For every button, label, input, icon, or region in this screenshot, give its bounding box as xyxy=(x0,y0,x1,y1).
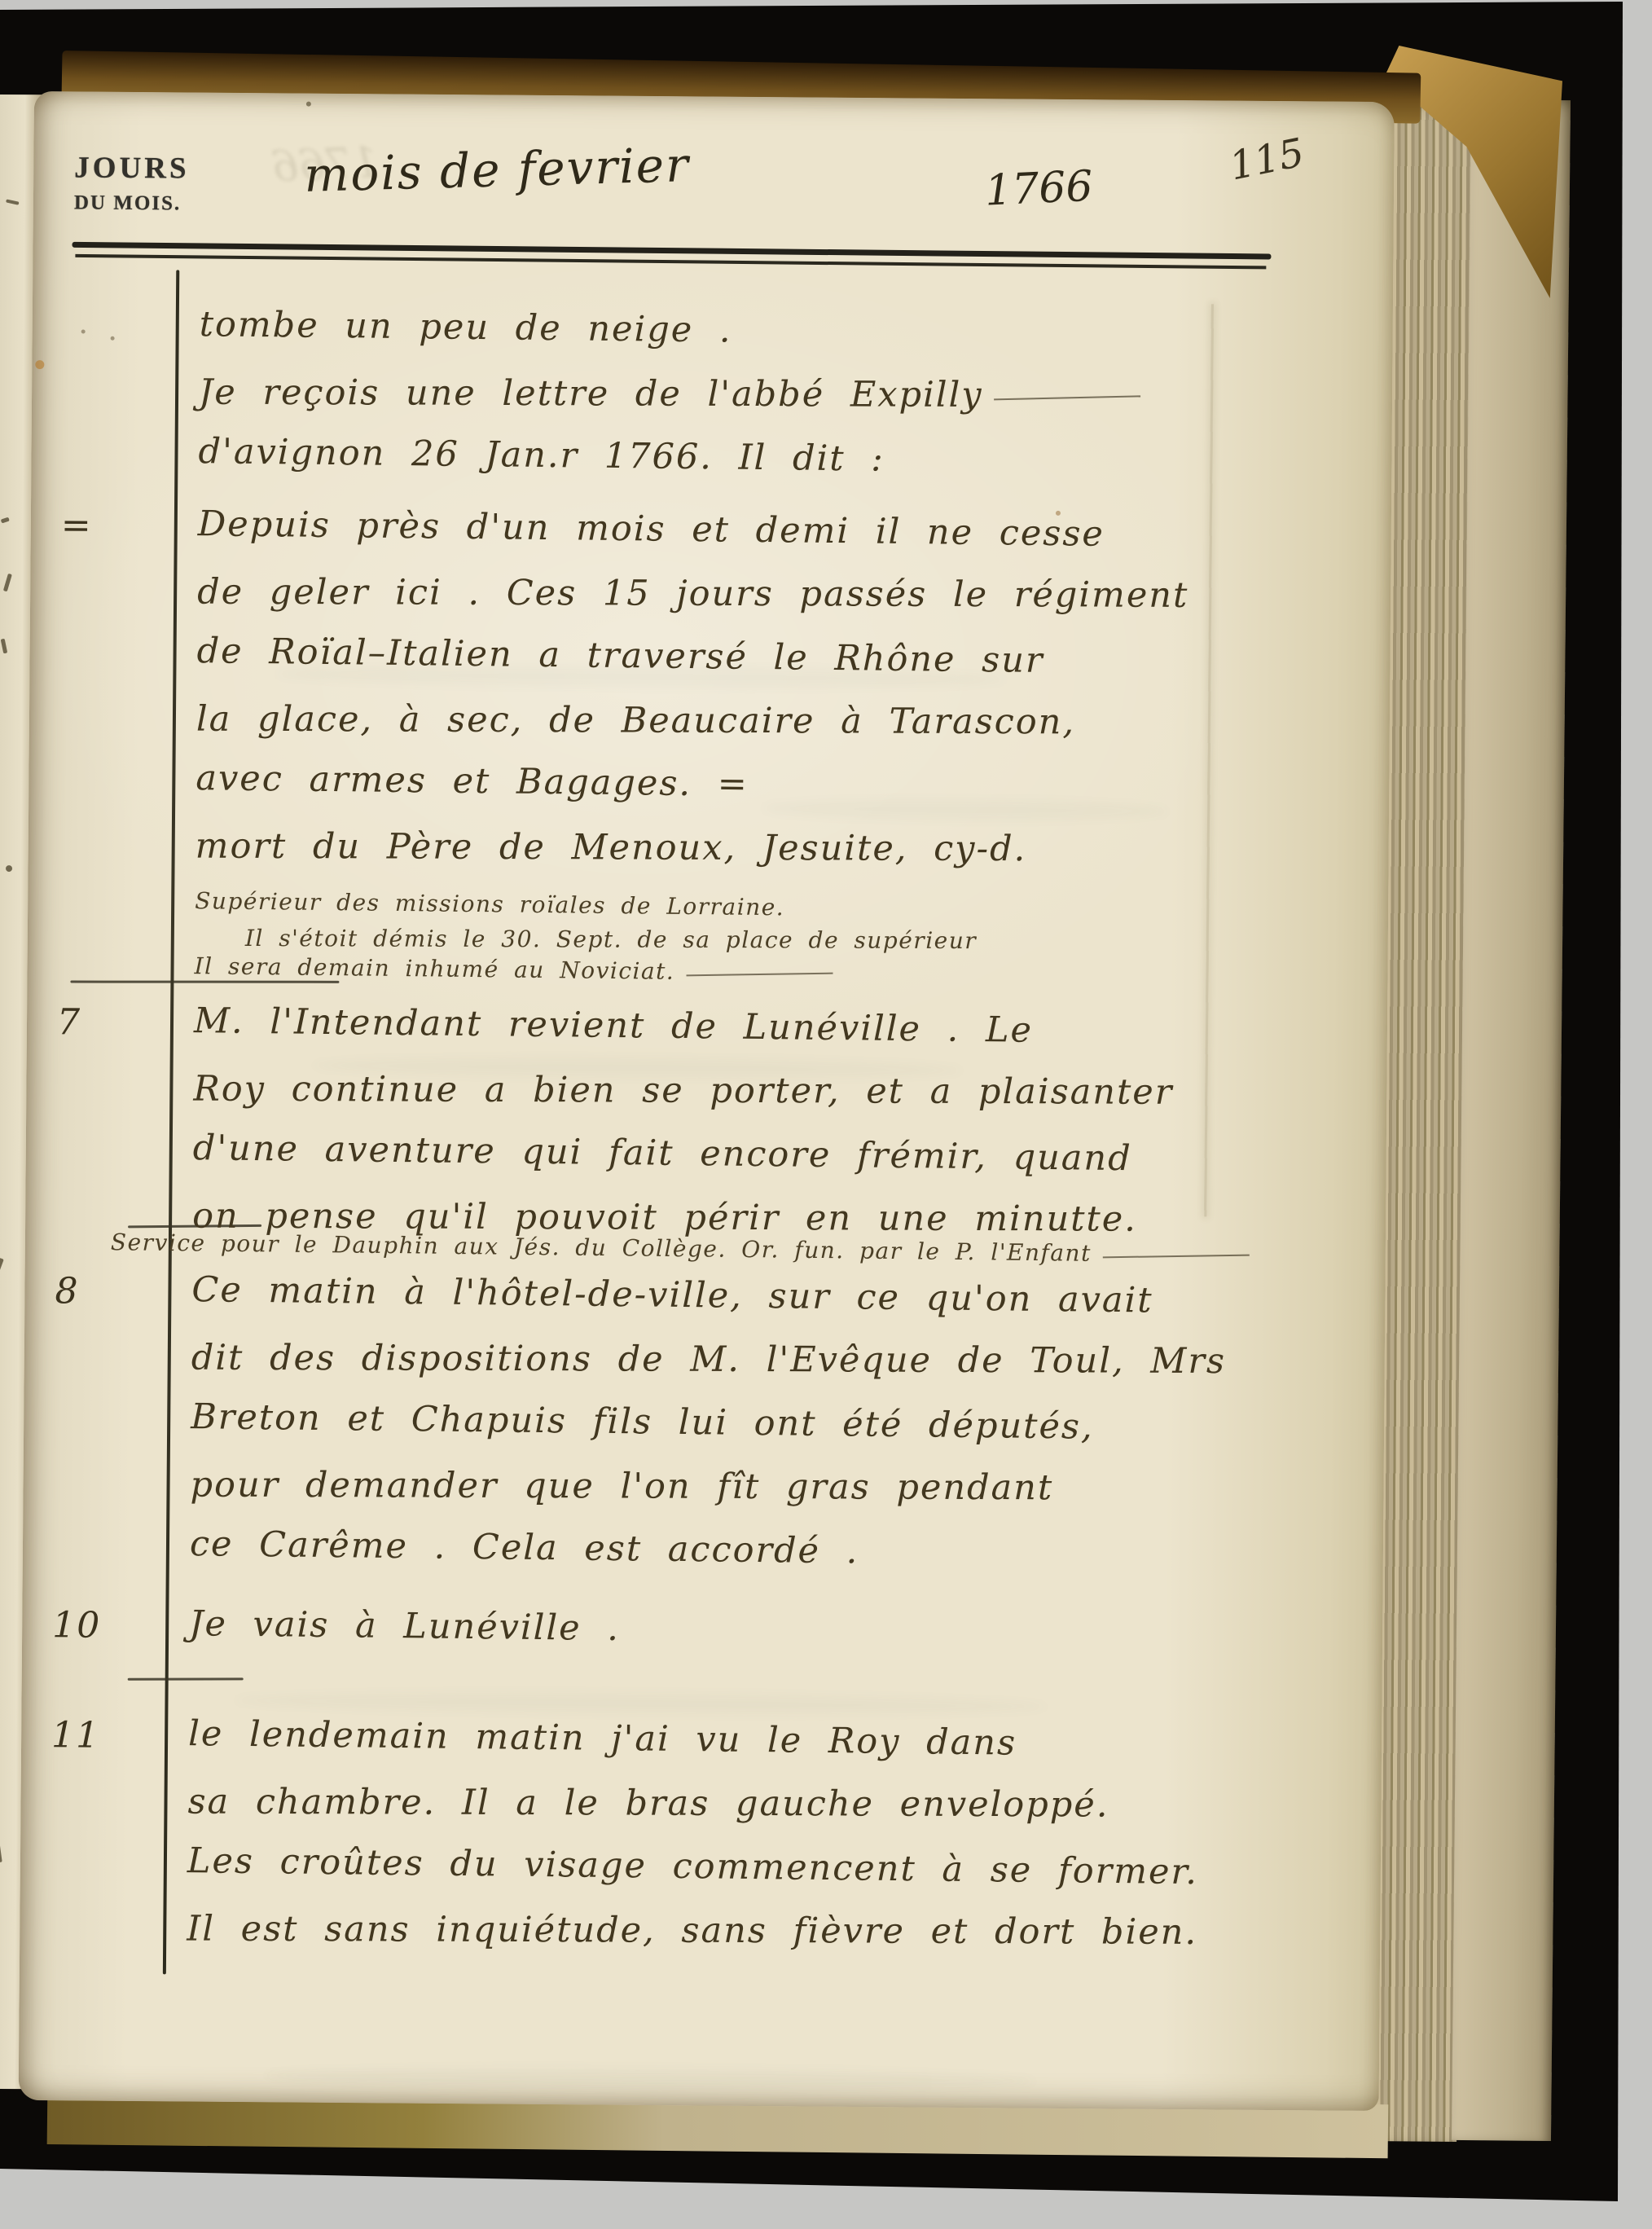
manuscript-line: de geler ici . Ces 15 jours passés le ré… xyxy=(197,561,1338,628)
manuscript-line: Depuis près d'un mois et demi il ne cess… xyxy=(197,492,1338,569)
year-label: 1766 xyxy=(984,162,1094,216)
manuscript-line: Je reçois une lettre de l'abbé Expilly xyxy=(199,361,1339,429)
manuscript-line: pour demander que l'on fît gras pendant xyxy=(190,1453,1330,1521)
manuscript-line: M. l'Intendant revient de Lunéville . Le xyxy=(194,989,1335,1066)
ink-dot xyxy=(81,329,86,333)
ink-trace xyxy=(0,1258,4,1279)
manuscript-line: de Roïal–Italien a traversé le Rhône sur xyxy=(196,619,1338,696)
manuscript-line: Les croûtes du visage commencent à se fo… xyxy=(187,1829,1329,1906)
manuscript-line: Roy continue a bien se porter, et a plai… xyxy=(193,1057,1333,1125)
manuscript-line: le lendemain matin j'ai vu le Roy dans xyxy=(188,1702,1329,1778)
manuscript-line: Ce matin à l'hôtel-de-ville, sur ce qu'o… xyxy=(191,1258,1333,1334)
ink-trace xyxy=(0,1838,2,1863)
book-scan: JOURS DU MOIS. 1766 mois de fevrier 1766… xyxy=(0,0,1652,2229)
ink-trace xyxy=(6,199,19,204)
foxing-spot xyxy=(35,360,44,369)
journal-entry: tombe un peu de neige .Je reçois une let… xyxy=(198,295,1340,495)
manuscript-line: sa chambre. Il a le bras gauche envelopp… xyxy=(187,1770,1328,1838)
manuscript-line: ce Carême . Cela est accordé . xyxy=(190,1512,1331,1589)
page-number: 115 xyxy=(1226,130,1308,189)
journal-entry: 11le lendemain matin j'ai vu le Roy dans… xyxy=(187,1704,1329,1967)
day-number: 10 xyxy=(52,1604,130,1646)
printed-header: JOURS DU MOIS. xyxy=(74,150,190,215)
showthrough-blob xyxy=(263,2064,1037,2091)
day-number: 11 xyxy=(51,1714,129,1756)
manuscript-line: dit des dispositions de M. l'Evêque de T… xyxy=(191,1326,1332,1394)
manuscript-line: la glace, à sec, de Beaucaire à Tarascon… xyxy=(196,688,1337,755)
ink-trace xyxy=(1,517,10,524)
ink-dot xyxy=(111,336,115,341)
printed-header-line1: JOURS xyxy=(74,150,190,186)
journal-entry: =Depuis près d'un mois et demi il ne ces… xyxy=(194,495,1338,994)
manuscript-line: d'une aventure qui fait encore frémir, q… xyxy=(192,1116,1333,1193)
manuscript-line: Breton et Chapuis fils lui ont été déput… xyxy=(191,1385,1332,1462)
manuscript-line: avec armes et Bagages. = xyxy=(196,746,1337,823)
manuscript-page: JOURS DU MOIS. 1766 mois de fevrier 1766… xyxy=(19,91,1395,2111)
journal-entry: 7M. l'Intendant revient de Lunéville . L… xyxy=(192,991,1335,1271)
journal-entry: 10Je vais à Lunéville . xyxy=(189,1594,1330,1667)
printed-header-line2: DU MOIS. xyxy=(74,191,190,215)
ink-trace xyxy=(6,865,12,872)
day-number: 8 xyxy=(55,1270,132,1312)
foxing-spot xyxy=(306,102,311,107)
manuscript-line: tombe un peu de neige . xyxy=(199,292,1340,369)
day-number: = xyxy=(61,504,138,547)
manuscript-line: d'avignon 26 Jan.r 1766. Il dit : xyxy=(198,420,1339,496)
day-number xyxy=(63,305,140,306)
ink-trace xyxy=(1,639,8,654)
manuscript-line: Il est sans inquiétude, sans fièvre et d… xyxy=(187,1897,1327,1965)
journal-entry: 8Ce matin à l'hôtel-de-ville, sur ce qu'… xyxy=(190,1260,1333,1587)
manuscript-line: Je vais à Lunéville . xyxy=(189,1592,1330,1668)
fore-edge-outer xyxy=(1452,99,1571,2141)
margin-rule xyxy=(163,270,179,1974)
manuscript-line: mort du Père de Menoux, Jesuite, cy-d. xyxy=(196,815,1336,882)
entry-divider-dash xyxy=(128,1677,244,1680)
month-title: mois de fevrier xyxy=(303,137,690,203)
ink-trace xyxy=(3,574,12,592)
day-number: 7 xyxy=(57,1001,134,1044)
